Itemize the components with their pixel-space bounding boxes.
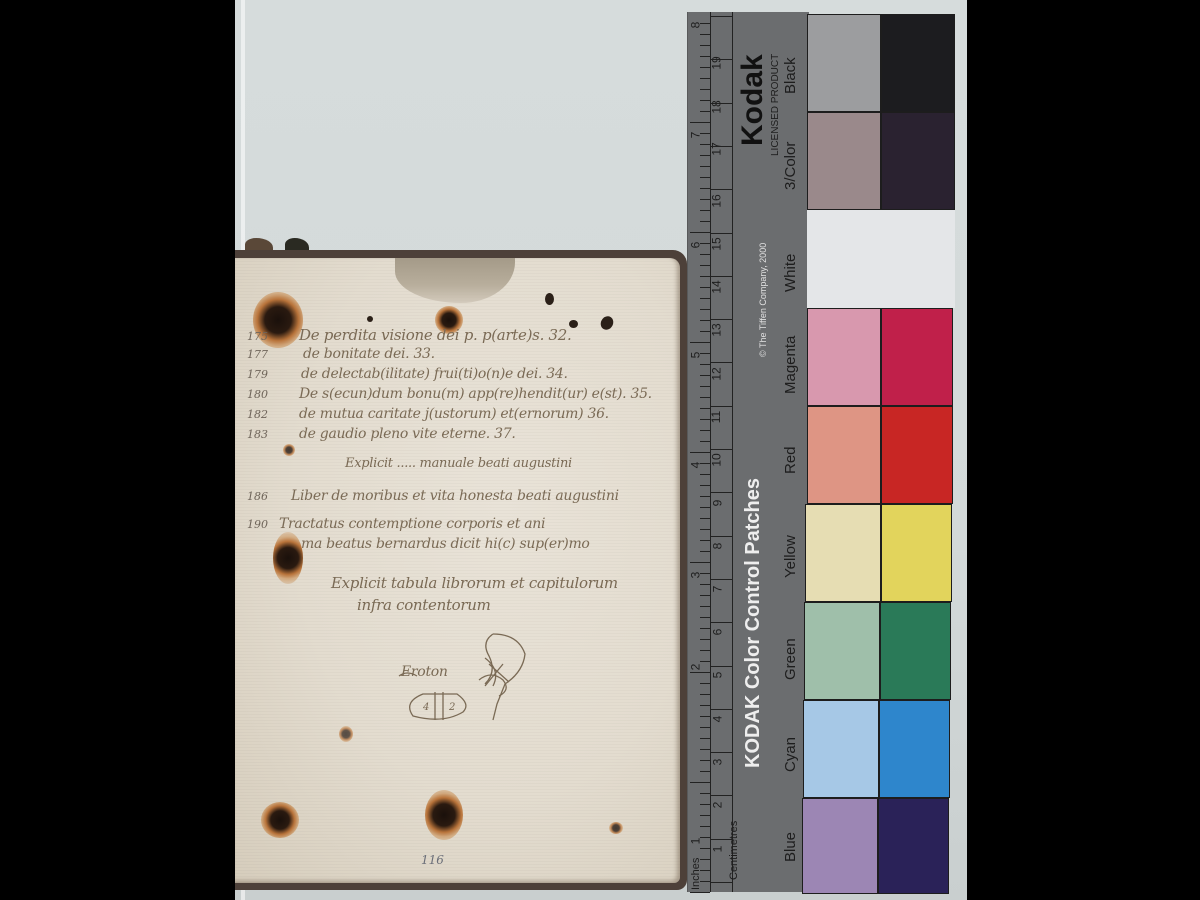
ruler-tick: [700, 166, 710, 167]
ruler-tick: [700, 815, 710, 816]
kodak-logo: Kodak: [736, 54, 770, 146]
patch-white: [807, 210, 955, 308]
cm-mark: 8: [710, 543, 724, 550]
patch-label-3color: 3/Color: [782, 142, 799, 190]
toc-entry: de delectab(ilitate) frui(ti)o(n)e dei. …: [301, 366, 568, 382]
inches-label: Inches: [690, 858, 702, 890]
ruler-tick: [700, 298, 710, 299]
ruler-tick: [700, 89, 710, 90]
wormhole: [545, 293, 554, 305]
ruler-tick: [710, 189, 732, 190]
explicit-final: infra contentorum: [357, 596, 491, 614]
ruler-tick: [700, 716, 710, 717]
ruler-tick: [710, 492, 732, 493]
toc-entry: Liber de moribus et vita honesta beati a…: [291, 488, 619, 504]
ruler-tick: [700, 463, 710, 464]
patch-red-light: [807, 406, 881, 504]
patch-label-magenta: Magenta: [782, 336, 799, 394]
cm-mark: 5: [710, 672, 724, 679]
ruler-tick: [710, 146, 732, 147]
scan-frame: 175 177 179 180 182 183 186 190 De perdi…: [235, 0, 967, 900]
cm-mark: 14: [710, 280, 724, 293]
ruler-tick: [700, 34, 710, 35]
ruler-tick: [700, 111, 710, 112]
ruler-tick: [700, 727, 710, 728]
patch-label-white: White: [782, 254, 799, 292]
ruler-tick: [700, 705, 710, 706]
ruler-tick: [700, 188, 710, 189]
ruler-tick: [700, 408, 710, 409]
ruler-tick: [710, 59, 732, 60]
explicit-line: Explicit ..... manuale beati augustini: [345, 456, 572, 471]
ruler-tick: [700, 386, 710, 387]
folio-ref: 175: [247, 330, 268, 343]
ruler-tick: [690, 122, 710, 123]
explicit-final: Explicit tabula librorum et capitulorum: [331, 574, 618, 592]
patch-3color-light: [807, 112, 881, 210]
signet-name: Eroton: [401, 664, 448, 680]
ruler-tick: [700, 639, 710, 640]
ruler-tick: [700, 309, 710, 310]
patch-black-light: [807, 14, 881, 112]
folio-ref: 190: [247, 518, 268, 531]
ruler-tick: [700, 573, 710, 574]
cm-scale-line: [732, 12, 733, 892]
ruler-tick: [700, 540, 710, 541]
ruler-tick: [710, 709, 732, 710]
ruler-tick: [710, 882, 732, 883]
ruler-tick: [700, 155, 710, 156]
ruler-tick: [700, 441, 710, 442]
ruler-tick: [690, 452, 710, 453]
toc-entry: ma beatus bernardus dicit hi(c) sup(er)m…: [301, 536, 590, 552]
wormhole-stain: [273, 532, 303, 584]
ruler-tick: [710, 276, 732, 277]
ruler-tick: [700, 287, 710, 288]
patch-magenta-dark: [881, 308, 953, 406]
ruler-tick: [690, 232, 710, 233]
patch-black-dark: [881, 14, 955, 112]
ruler-tick: [700, 749, 710, 750]
patch-label-yellow: Yellow: [782, 535, 799, 578]
ruler-tick: [700, 617, 710, 618]
ruler-tick: [700, 793, 710, 794]
signet-mark: 4: [423, 702, 429, 713]
patch-magenta-light: [807, 308, 881, 406]
cm-mark: 13: [710, 323, 724, 336]
ruler-tick: [700, 23, 710, 24]
folio-ref: 182: [247, 408, 268, 421]
ruler-tick: [700, 496, 710, 497]
folio-ref: 179: [247, 368, 268, 381]
ruler-tick: [700, 67, 710, 68]
ruler-tick: [700, 276, 710, 277]
patch-yellow-dark: [881, 504, 952, 602]
ruler-tick: [710, 406, 732, 407]
licensed-product: LICENSED PRODUCT: [770, 54, 781, 156]
inch-mark: 2: [688, 664, 702, 671]
ruler-tick: [700, 661, 710, 662]
cm-mark: 17: [710, 142, 724, 155]
wormhole: [367, 316, 373, 322]
cm-mark: 1: [710, 846, 724, 853]
ruler-tick: [690, 892, 710, 893]
copyright-text: © The Tiffen Company, 2000: [758, 243, 768, 357]
ruler-tick: [700, 177, 710, 178]
ruler-tick: [700, 243, 710, 244]
ruler-tick: [710, 319, 732, 320]
ruler-tick: [700, 210, 710, 211]
patch-label-blue: Blue: [782, 832, 799, 862]
ruler-tick: [710, 752, 732, 753]
patch-label-cyan: Cyan: [782, 737, 799, 772]
patch-cyan-dark: [879, 700, 950, 798]
toc-entry: de gaudio pleno vite eterne. 37.: [299, 426, 515, 442]
folio-ref: 177: [247, 348, 268, 361]
ruler-tick: [700, 771, 710, 772]
ruler-tick: [700, 881, 710, 882]
ruler-tick: [700, 595, 710, 596]
ruler-tick: [700, 837, 710, 838]
ruler-tick: [710, 795, 732, 796]
ruler-tick: [700, 254, 710, 255]
wormhole-stain: [425, 790, 463, 840]
ruler-tick: [700, 144, 710, 145]
ruler-tick: [700, 375, 710, 376]
toc-entry: de bonitate dei. 33.: [303, 346, 435, 362]
ruler-tick: [700, 738, 710, 739]
ruler-tick: [700, 397, 710, 398]
ruler-tick: [700, 584, 710, 585]
inch-mark: 1: [688, 838, 702, 845]
ruler-tick: [700, 353, 710, 354]
ruler-tick: [700, 683, 710, 684]
ruler-tick: [710, 233, 732, 234]
cm-mark: 9: [710, 500, 724, 507]
ruler-tick: [700, 474, 710, 475]
ruler-tick: [690, 342, 710, 343]
cm-mark: 6: [710, 629, 724, 636]
patch-yellow-light: [805, 504, 881, 602]
ruler-tick: [690, 562, 710, 563]
ruler-tick: [700, 320, 710, 321]
ruler-tick: [700, 56, 710, 57]
ruler-tick: [710, 449, 732, 450]
patch-blue-light: [802, 798, 878, 894]
ruler-tick: [700, 430, 710, 431]
patch-red-dark: [881, 406, 953, 504]
patch-blue-dark: [878, 798, 949, 894]
toc-entry: De s(ecun)dum bonu(m) app(re)hendit(ur) …: [299, 386, 652, 402]
stain: [609, 822, 623, 834]
ruler-tick: [710, 362, 732, 363]
ruler-tick: [700, 628, 710, 629]
cm-mark: 11: [709, 411, 723, 423]
signet-mark: 2: [449, 702, 455, 713]
wormhole-stain: [261, 802, 299, 838]
folio-number: 116: [421, 853, 444, 867]
ruler-tick: [710, 103, 732, 104]
folio-ref: 186: [247, 490, 268, 503]
ruler-tick: [700, 100, 710, 101]
patch-green-dark: [880, 602, 951, 700]
toc-entry: de mutua caritate j(ustorum) et(ernorum)…: [299, 406, 609, 422]
centimetres-label: Centimetres: [728, 821, 740, 880]
ruler-tick: [700, 221, 710, 222]
ruler-tick: [700, 826, 710, 827]
cm-mark: 3: [710, 759, 724, 766]
ruler-tick: [700, 45, 710, 46]
ruler-tick: [700, 529, 710, 530]
cm-mark: 10: [710, 453, 724, 466]
ruler-tick: [700, 518, 710, 519]
ruler-tick: [710, 839, 732, 840]
ruler-tick: [700, 870, 710, 871]
patch-green-light: [804, 602, 880, 700]
ruler-tick: [700, 694, 710, 695]
ruler-tick: [700, 199, 710, 200]
cm-mark: 15: [710, 237, 724, 250]
ruler-tick: [700, 650, 710, 651]
ruler-tick: [700, 606, 710, 607]
toc-entry: Tractatus contemptione corporis et ani: [279, 516, 545, 532]
ruler-tick: [710, 666, 732, 667]
stain: [283, 444, 295, 456]
kodak-ruler: 1 2 3 4 5 6 7 8 1 2 3 4 5 6 7 8 9 10 11 …: [687, 12, 809, 892]
ruler-tick: [700, 265, 710, 266]
stain: [339, 726, 353, 742]
ruler-tick: [710, 622, 732, 623]
cm-mark: 16: [710, 194, 724, 207]
cm-mark: 4: [710, 716, 724, 723]
ruler-tick: [700, 507, 710, 508]
ruler-tick: [710, 16, 732, 17]
folio-ref: 180: [247, 388, 268, 401]
ruler-tick: [700, 78, 710, 79]
patch-3color-dark: [881, 112, 955, 210]
cm-mark: 12: [710, 367, 724, 380]
ruler-tick: [700, 859, 710, 860]
patch-cyan-light: [803, 700, 879, 798]
kodak-title: KODAK Color Control Patches: [742, 478, 765, 768]
folio-ref: 183: [247, 428, 268, 441]
patch-label-black: Black: [782, 57, 799, 94]
ruler-tick: [700, 551, 710, 552]
ruler-tick: [700, 485, 710, 486]
manuscript-page: [235, 258, 680, 883]
patch-label-green: Green: [782, 638, 799, 680]
ruler-tick: [690, 782, 710, 783]
cm-mark: 2: [710, 802, 724, 809]
ruler-tick: [700, 364, 710, 365]
ruler-tick: [700, 760, 710, 761]
ruler-tick: [700, 133, 710, 134]
toc-entry: De perdita visione dei p. p(arte)s. 32.: [299, 326, 571, 344]
ruler-tick: [700, 419, 710, 420]
ruler-tick: [700, 804, 710, 805]
patch-label-red: Red: [782, 446, 799, 474]
ruler-tick: [690, 672, 710, 673]
ruler-tick: [700, 848, 710, 849]
color-patches: [807, 12, 957, 892]
ruler-tick: [710, 536, 732, 537]
cm-mark: 7: [710, 586, 724, 593]
ruler-tick: [710, 579, 732, 580]
ruler-tick: [700, 331, 710, 332]
notarial-signet: Eroton 4 2: [393, 624, 543, 724]
